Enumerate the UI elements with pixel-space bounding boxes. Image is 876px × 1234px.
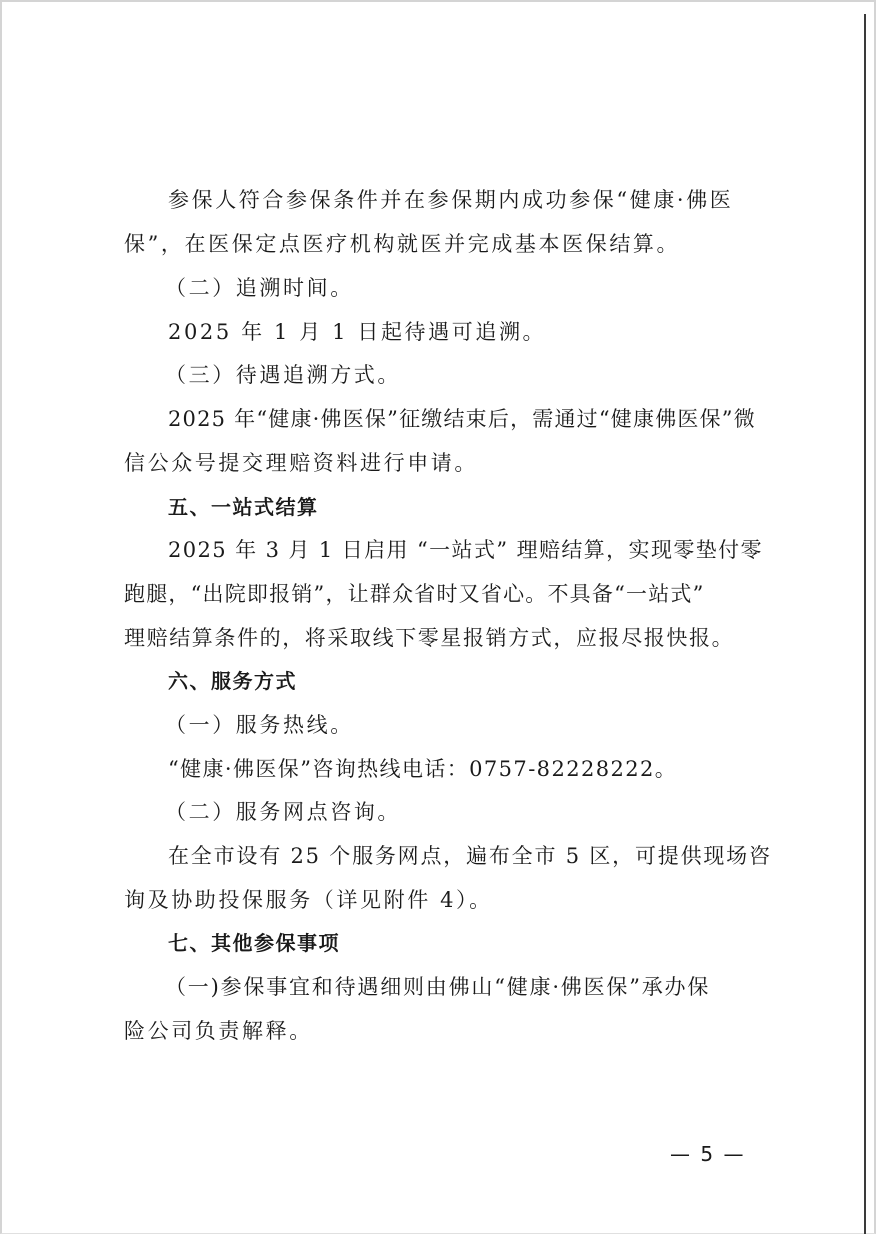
hotline-phone-line: “健康·佛医保”咨询热线电话：0757-82228222。 bbox=[168, 757, 677, 781]
binding-edge-line bbox=[864, 14, 866, 1234]
paragraph-line: 参保人符合参保条件并在参保期内成功参保“健康·佛医 bbox=[168, 188, 733, 212]
subsection-heading-retroactive-method: （三）待遇追溯方式。 bbox=[165, 363, 401, 387]
paragraph-line: 险公司负责解释。 bbox=[124, 1019, 313, 1043]
subsection-heading-retroactive-time: （二）追溯时间。 bbox=[165, 276, 354, 300]
paragraph-line: 信公众号提交理赔资料进行申请。 bbox=[124, 451, 478, 475]
paragraph-line: 2025 年 1 月 1 日起待遇可追溯。 bbox=[168, 320, 546, 344]
paragraph-line: 跑腿，“出院即报销”，让群众省时又省心。不具备“一站式” bbox=[124, 582, 705, 606]
paragraph-line: 2025 年“健康·佛医保”征缴结束后，需通过“健康佛医保”微 bbox=[168, 407, 756, 431]
document-page: 参保人符合参保条件并在参保期内成功参保“健康·佛医 保”，在医保定点医疗机构就医… bbox=[0, 0, 876, 1234]
paragraph-line: 保”，在医保定点医疗机构就医并完成基本医保结算。 bbox=[124, 232, 680, 256]
page-number: — 5 — bbox=[670, 1142, 745, 1166]
paragraph-line: 在全市设有 25 个服务网点，遍布全市 5 区，可提供现场咨 bbox=[168, 844, 772, 868]
section-heading-service-methods: 六、服务方式 bbox=[168, 669, 297, 693]
paragraph-line: 询及协助投保服务（详见附件 4）。 bbox=[124, 888, 493, 912]
paragraph-line: （一)参保事宜和待遇细则由佛山“健康·佛医保”承办保 bbox=[165, 975, 710, 999]
paragraph-line: 理赔结算条件的，将采取线下零星报销方式，应报尽报快报。 bbox=[124, 626, 734, 650]
subsection-heading-hotline: （一）服务热线。 bbox=[165, 713, 354, 737]
section-heading-other-matters: 七、其他参保事项 bbox=[168, 931, 340, 955]
subsection-heading-service-outlets: （二）服务网点咨询。 bbox=[165, 800, 401, 824]
paragraph-line: 2025 年 3 月 1 日启用 “一站式” 理赔结算，实现零垫付零 bbox=[168, 538, 763, 562]
section-heading-one-stop-settlement: 五、一站式结算 bbox=[168, 495, 319, 519]
